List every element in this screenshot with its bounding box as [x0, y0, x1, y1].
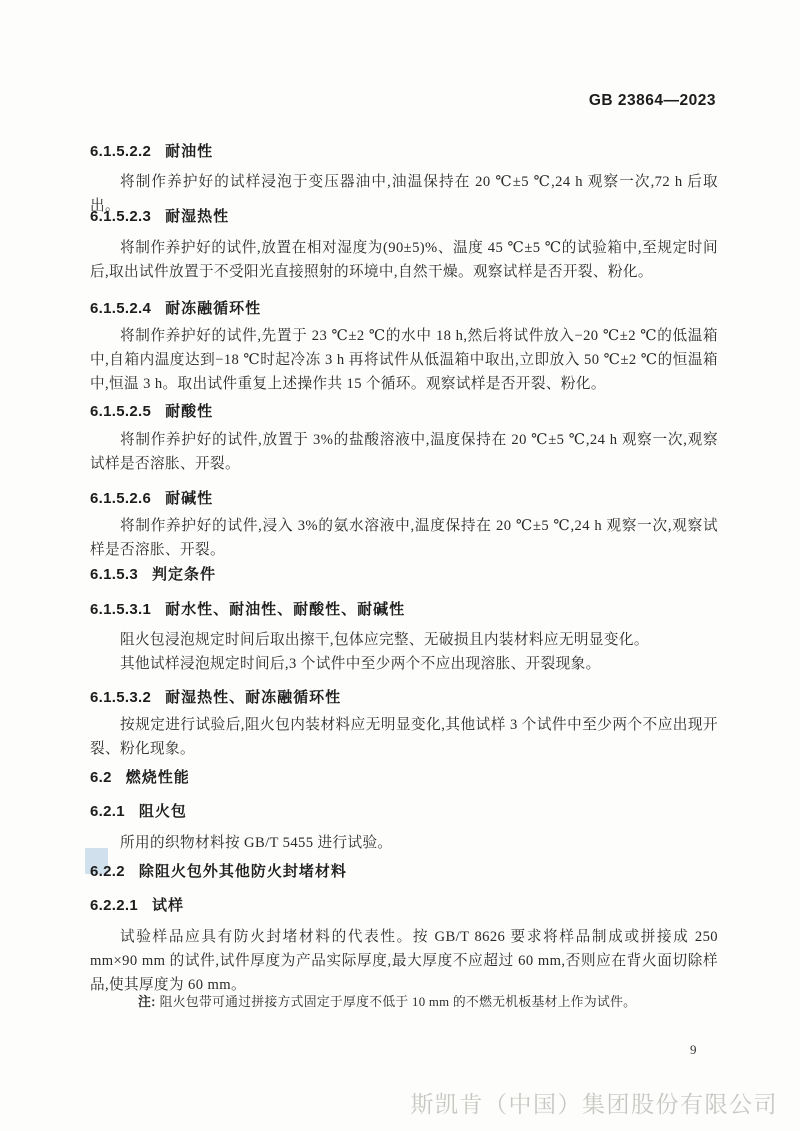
- heading-number: 6.1.5.3.1: [90, 601, 151, 618]
- heading-6-1-5-3-1: 6.1.5.3.1耐水性、耐油性、耐酸性、耐碱性: [90, 598, 718, 619]
- heading-title: 耐水性、耐油性、耐酸性、耐碱性: [165, 601, 405, 618]
- note: 注:阻火包带可通过拼接方式固定于厚度不低于 10 mm 的不燃无机板基材上作为试…: [90, 992, 718, 1012]
- heading-number: 6.1.5.2.4: [90, 300, 151, 317]
- heading-title: 耐冻融循环性: [165, 300, 261, 317]
- heading-title: 耐碱性: [165, 490, 213, 507]
- heading-6-1-5-2-3: 6.1.5.2.3耐湿热性: [90, 205, 718, 226]
- heading-number: 6.1.5.2.3: [90, 208, 151, 225]
- heading-number: 6.2.2: [90, 863, 125, 880]
- paragraph: 将制作养护好的试件,放置于 3%的盐酸溶液中,温度保持在 20 ℃±5 ℃,24…: [90, 428, 718, 476]
- paragraph: 试验样品应具有防火封堵材料的代表性。按 GB/T 8626 要求将样品制成或拼接…: [90, 925, 718, 997]
- paragraph: 阻火包浸泡规定时间后取出擦干,包体应完整、无破损且内装材料应无明显变化。: [90, 628, 718, 652]
- heading-6-2-1: 6.2.1阻火包: [90, 800, 718, 821]
- heading-title: 除阻火包外其他防火封堵材料: [139, 863, 347, 880]
- heading-title: 耐酸性: [165, 403, 213, 420]
- heading-title: 耐湿热性、耐冻融循环性: [165, 689, 341, 706]
- heading-title: 阻火包: [139, 803, 187, 820]
- paragraph: 将制作养护好的试件,先置于 23 ℃±2 ℃的水中 18 h,然后将试件放入−2…: [90, 324, 718, 396]
- heading-6-2-2-1: 6.2.2.1试样: [90, 894, 718, 915]
- heading-6-1-5-3-2: 6.1.5.3.2耐湿热性、耐冻融循环性: [90, 686, 718, 707]
- heading-number: 6.1.5.2.2: [90, 143, 151, 160]
- note-label: 注:: [138, 994, 156, 1009]
- heading-number: 6.1.5.2.5: [90, 403, 151, 420]
- heading-number: 6.2.1: [90, 803, 125, 820]
- heading-6-2: 6.2燃烧性能: [90, 766, 718, 787]
- heading-number: 6.2.2.1: [90, 897, 138, 914]
- heading-6-1-5-2-4: 6.1.5.2.4耐冻融循环性: [90, 297, 718, 318]
- heading-6-2-2: 6.2.2除阻火包外其他防火封堵材料: [90, 860, 718, 881]
- heading-title: 试样: [152, 897, 184, 914]
- heading-number: 6.1.5.3: [90, 566, 138, 583]
- heading-title: 判定条件: [152, 566, 216, 583]
- paragraph: 其他试样浸泡规定时间后,3 个试件中至少两个不应出现溶胀、开裂现象。: [90, 652, 718, 676]
- paragraph: 按规定进行试验后,阻火包内装材料应无明显变化,其他试样 3 个试件中至少两个不应…: [90, 713, 718, 761]
- heading-title: 耐油性: [165, 143, 213, 160]
- heading-number: 6.1.5.3.2: [90, 689, 151, 706]
- heading-number: 6.2: [90, 769, 112, 786]
- footer-company-watermark: 斯凯肯（中国）集团股份有限公司: [411, 1086, 779, 1119]
- note-text: 阻火包带可通过拼接方式固定于厚度不低于 10 mm 的不燃无机板基材上作为试件。: [160, 995, 637, 1009]
- heading-6-1-5-2-2: 6.1.5.2.2耐油性: [90, 140, 718, 161]
- heading-6-1-5-2-5: 6.1.5.2.5耐酸性: [90, 400, 718, 421]
- heading-6-1-5-3: 6.1.5.3判定条件: [90, 563, 718, 584]
- heading-number: 6.1.5.2.6: [90, 490, 151, 507]
- paragraph: 将制作养护好的试件,放置在相对湿度为(90±5)%、温度 45 ℃±5 ℃的试验…: [90, 236, 718, 284]
- heading-title: 燃烧性能: [126, 769, 190, 786]
- paragraph: 所用的织物材料按 GB/T 5455 进行试验。: [90, 831, 718, 855]
- paragraph: 将制作养护好的试件,浸入 3%的氨水溶液中,温度保持在 20 ℃±5 ℃,24 …: [90, 514, 718, 562]
- document-page: GB 23864—2023 6.1.5.2.2耐油性 将制作养护好的试样浸泡于变…: [0, 0, 800, 1131]
- standard-number: GB 23864—2023: [589, 92, 716, 110]
- heading-6-1-5-2-6: 6.1.5.2.6耐碱性: [90, 487, 718, 508]
- page-number: 9: [690, 1042, 697, 1058]
- heading-title: 耐湿热性: [165, 208, 229, 225]
